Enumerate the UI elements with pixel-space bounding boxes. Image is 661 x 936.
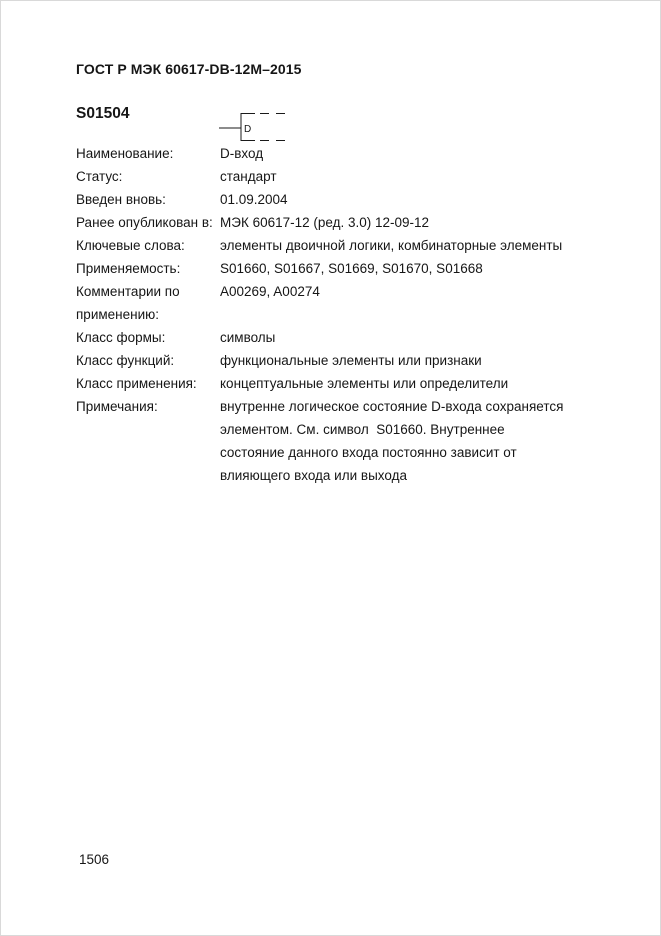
field-value: МЭК 60617-12 (ред. 3.0) 12-09-12 — [220, 211, 630, 234]
field-value: D-вход — [220, 142, 630, 165]
field-value: 01.09.2004 — [220, 188, 630, 211]
field-row-keywords: Ключевые слова: элементы двоичной логики… — [76, 234, 630, 257]
field-label: Комментарии по применению: — [76, 280, 220, 326]
doc-header: ГОСТ Р МЭК 60617-DB-12M–2015 — [76, 62, 660, 77]
field-label: Статус: — [76, 165, 220, 188]
field-row-previously-published: Ранее опубликован в: МЭК 60617-12 (ред. … — [76, 211, 630, 234]
field-row-applicability: Применяемость: S01660, S01667, S01669, S… — [76, 257, 630, 280]
page-title-row: S01504 — [76, 105, 660, 122]
field-label: Класс функций: — [76, 349, 220, 372]
field-label: Введен вновь: — [76, 188, 220, 211]
field-value: A00269, A00274 — [220, 280, 630, 303]
notes-line: внутренне логическое состояние D-входа с… — [220, 395, 630, 418]
notes-line: состояние данного входа постоянно зависи… — [220, 441, 630, 464]
field-row-application-comments: Комментарии по применению: A00269, A0027… — [76, 280, 630, 326]
field-label: Ранее опубликован в: — [76, 211, 220, 234]
field-value: функциональные элементы или признаки — [220, 349, 630, 372]
field-value: символы — [220, 326, 630, 349]
field-value: S01660, S01667, S01669, S01670, S01668 — [220, 257, 630, 280]
field-row-status: Статус: стандарт — [76, 165, 630, 188]
symbol-letter: D — [244, 124, 251, 135]
field-label: Ключевые слова: — [76, 234, 220, 257]
field-row-application-class: Класс применения: концептуальные элемент… — [76, 372, 630, 395]
page-number: 1506 — [79, 852, 109, 867]
field-label: Примечания: — [76, 395, 220, 418]
field-row-notes: Примечания: внутренне логическое состоян… — [76, 395, 630, 487]
field-label: Применяемость: — [76, 257, 220, 280]
d-input-symbol-icon: D — [215, 104, 289, 144]
field-label: Класс формы: — [76, 326, 220, 349]
field-row-shape-class: Класс формы: символы — [76, 326, 630, 349]
page-title: S01504 — [76, 105, 129, 122]
field-value: внутренне логическое состояние D-входа с… — [220, 395, 630, 487]
field-value: элементы двоичной логики, комбинаторные … — [220, 234, 630, 257]
fields-list: Наименование: D-вход Статус: стандарт Вв… — [76, 142, 630, 487]
field-value: стандарт — [220, 165, 630, 188]
notes-line: влияющего входа или выхода — [220, 464, 630, 487]
field-value: концептуальные элементы или определители — [220, 372, 630, 395]
document-page: { "page": { "header": "ГОСТ Р МЭК 60617-… — [0, 0, 661, 936]
notes-line: элементом. См. символ S01660. Внутреннее — [220, 418, 630, 441]
field-label: Класс применения: — [76, 372, 220, 395]
field-row-introduced: Введен вновь: 01.09.2004 — [76, 188, 630, 211]
field-row-name: Наименование: D-вход — [76, 142, 630, 165]
field-label: Наименование: — [76, 142, 220, 165]
field-row-function-class: Класс функций: функциональные элементы и… — [76, 349, 630, 372]
